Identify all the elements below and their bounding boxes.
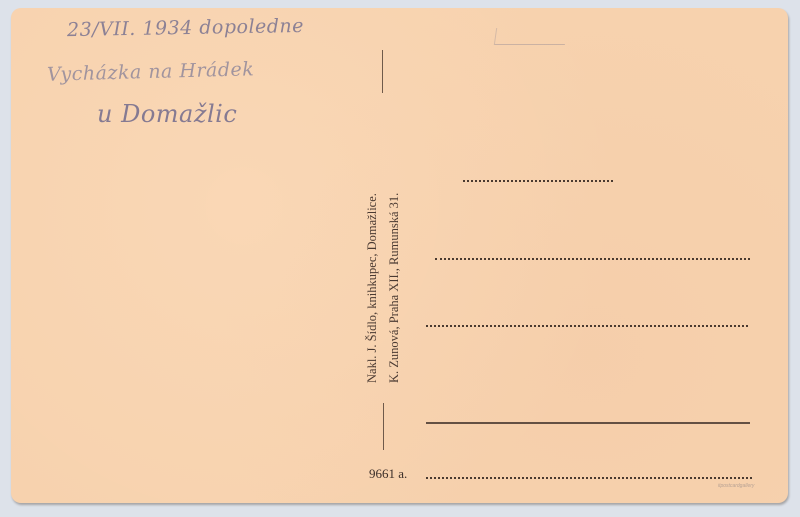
card-number: 9661 a. [369,466,407,482]
publisher-line-2: K. Zunová, Praha XII., Rumunská 31. [383,143,405,383]
divider-top [382,50,383,93]
handwritten-note: Vycházka na Hrádek [47,58,255,85]
handwritten-place: u Domažlic [97,100,237,128]
publisher-imprint: Nakl. J. Šídlo, knihkupec, Domažlice. K.… [361,143,405,383]
address-line-4 [426,422,750,424]
postcard-back: 23/VII. 1934 dopoledne Vycházka na Hráde… [11,8,788,503]
address-line-3 [426,325,748,327]
watermark: itpostcardgallery [718,483,754,489]
publisher-line-1: Nakl. J. Šídlo, knihkupec, Domažlice. [361,143,383,383]
address-line-1 [463,180,613,182]
handwritten-date: 23/VII. 1934 dopoledne [67,15,304,41]
address-line-2 [435,258,750,260]
divider-bottom [383,403,384,450]
pencil-mark [494,28,567,45]
address-line-5 [426,477,752,479]
